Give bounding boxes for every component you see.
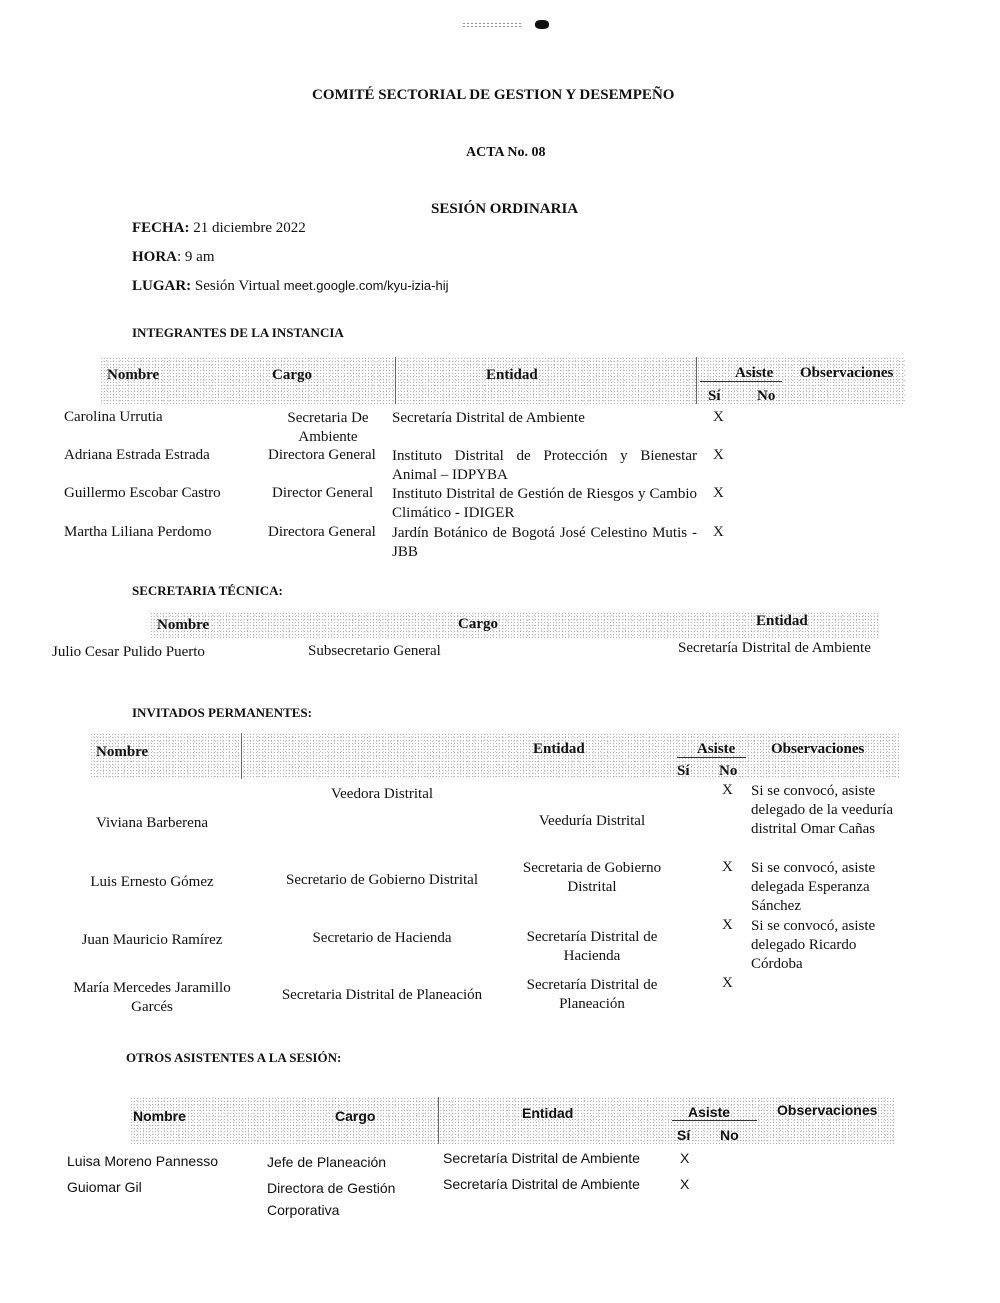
cell-nombre: Luis Ernesto Gómez (62, 873, 242, 892)
otros-heading: OTROS ASISTENTES A LA SESIÓN: (126, 1050, 341, 1066)
cell-entidad: Secretaría Distrital de Ambiente (392, 409, 697, 428)
col-entidad: Entidad (486, 367, 538, 384)
fecha-line: FECHA: 21 diciembre 2022 (132, 220, 306, 237)
cell-si: X (713, 447, 724, 464)
scan-artifact-blot (535, 20, 549, 29)
cell-entidad: Instituto Distrital de Gestión de Riesgo… (392, 485, 697, 523)
cell-cargo: Veedora Distrital (262, 786, 502, 803)
secretaria-entidad: Secretaría Distrital de Ambiente (678, 640, 871, 657)
header-divider (395, 357, 396, 404)
col-entidad: Entidad (522, 1105, 573, 1121)
cell-no: X (722, 782, 733, 799)
col-asiste: Asiste (688, 1104, 730, 1120)
cell-entidad: Secretaría Distrital de Planeación (522, 976, 662, 1014)
document-title: COMITÉ SECTORIAL DE GESTION Y DESEMPEÑO (312, 87, 674, 104)
cell-cargo: Secretario de Hacienda (262, 930, 502, 947)
col-entidad: Entidad (756, 613, 808, 630)
session-type: SESIÓN ORDINARIA (431, 201, 578, 218)
secretaria-cargo: Subsecretario General (308, 643, 441, 660)
cell-cargo: Directora General (268, 447, 376, 464)
cell-si: X (680, 1176, 689, 1192)
cell-nombre: Juan Mauricio Ramírez (62, 931, 242, 950)
cell-nombre: Martha Liliana Perdomo (64, 524, 211, 541)
col-asiste: Asiste (697, 741, 735, 758)
cell-cargo: Secretario de Gobierno Distrital (262, 872, 502, 889)
secretaria-nombre: Julio Cesar Pulido Puerto (52, 644, 205, 661)
cell-si: X (713, 409, 724, 426)
fecha-value: 21 diciembre 2022 (190, 220, 306, 236)
cell-nombre: María Mercedes Jaramillo Garcés (62, 979, 242, 1017)
hora-line: HORA: 9 am (132, 249, 215, 266)
cell-entidad: Secretaría Distrital de Ambiente (443, 1150, 640, 1166)
cell-observaciones: Si se convocó, asiste delegado Ricardo C… (751, 917, 901, 974)
cell-entidad: Instituto Distrital de Protección y Bien… (392, 447, 697, 485)
cell-nombre: Viviana Barberena (62, 814, 242, 833)
cell-nombre: Guillermo Escobar Castro (64, 485, 221, 502)
col-nombre: Nombre (96, 744, 148, 761)
meeting-link[interactable]: meet.google.com/kyu-izia-hij (284, 278, 449, 293)
invitados-heading: INVITADOS PERMANENTES: (132, 705, 312, 721)
cell-no: X (722, 917, 733, 934)
integrantes-heading: INTEGRANTES DE LA INSTANCIA (132, 325, 344, 341)
cell-entidad: Secretaría Distrital de Hacienda (522, 928, 662, 966)
cell-nombre: Guiomar Gil (67, 1179, 142, 1195)
col-cargo: Cargo (335, 1108, 375, 1124)
hora-value: : 9 am (177, 249, 215, 265)
asiste-underline (672, 1120, 757, 1121)
cell-entidad: Secretaria de Gobierno Distrital (522, 859, 662, 897)
scan-artifact (462, 22, 522, 27)
cell-cargo: Directora de Gestión Corporativa (267, 1177, 432, 1221)
cell-nombre: Carolina Urrutia (64, 409, 163, 426)
cell-cargo: Secretaria Distrital de Planeación (262, 987, 502, 1004)
col-no: No (757, 388, 775, 405)
col-nombre: Nombre (157, 617, 209, 634)
col-cargo: Cargo (458, 616, 498, 633)
cell-observaciones: Si se convocó, asiste delegado de la vee… (751, 782, 901, 839)
cell-cargo: Secretaria De Ambiente (278, 409, 378, 447)
header-divider (696, 357, 697, 404)
col-no: No (719, 763, 737, 780)
lugar-value: Sesión Virtual (191, 278, 284, 294)
col-entidad: Entidad (533, 741, 585, 758)
col-cargo: Cargo (272, 367, 312, 384)
header-divider (241, 733, 242, 779)
col-si: Sí (708, 388, 721, 405)
cell-no: X (722, 975, 733, 992)
col-nombre: Nombre (133, 1108, 186, 1124)
col-observaciones: Observaciones (777, 1102, 877, 1118)
cell-entidad: Secretaría Distrital de Ambiente (443, 1176, 640, 1192)
cell-cargo: Directora General (268, 524, 376, 541)
lugar-label: LUGAR: (132, 278, 191, 294)
cell-si: X (713, 524, 724, 541)
col-si: Sí (677, 1127, 690, 1143)
fecha-label: FECHA: (132, 220, 190, 236)
col-asiste: Asiste (735, 365, 773, 382)
col-observaciones: Observaciones (800, 365, 893, 382)
col-no: No (720, 1127, 739, 1143)
cell-nombre: Luisa Moreno Pannesso (67, 1153, 218, 1169)
cell-nombre: Adriana Estrada Estrada (64, 447, 210, 464)
cell-entidad: Jardín Botánico de Bogotá José Celestino… (392, 524, 697, 562)
cell-no: X (722, 859, 733, 876)
cell-cargo: Jefe de Planeación (267, 1151, 432, 1173)
cell-si: X (713, 485, 724, 502)
col-nombre: Nombre (107, 367, 159, 384)
hora-label: HORA (132, 249, 177, 265)
cell-si: X (680, 1150, 689, 1166)
header-divider (438, 1097, 439, 1144)
col-si: Sí (677, 763, 690, 780)
lugar-line: LUGAR: Sesión Virtual meet.google.com/ky… (132, 278, 448, 295)
cell-cargo: Director General (272, 485, 373, 502)
cell-observaciones: Si se convocó, asiste delegada Esperanza… (751, 859, 901, 916)
col-observaciones: Observaciones (771, 741, 864, 758)
secretaria-heading: SECRETARIA TÉCNICA: (132, 583, 283, 599)
cell-entidad: Veeduría Distrital (522, 812, 662, 831)
acta-number: ACTA No. 08 (466, 145, 545, 161)
